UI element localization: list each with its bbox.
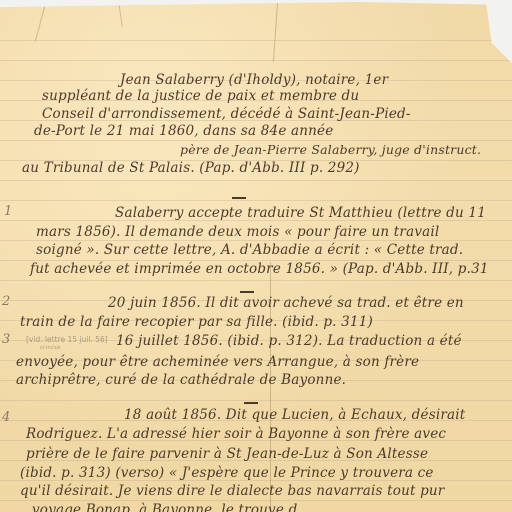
text-line: 18 août 1856. Dit que Lucien, à Echaux, … xyxy=(124,407,465,423)
document-page: Jean Salaberry (d'Iholdy), notaire, 1er … xyxy=(0,2,512,512)
section-separator xyxy=(244,402,258,404)
pencil-annotation-sub: ci-inclus xyxy=(40,345,60,351)
text-line: qu'il désirait. Je viens dire le dialect… xyxy=(20,483,444,499)
text-line: 16 juillet 1856. (ibid. p. 312). La trad… xyxy=(116,333,462,349)
pencil-annotation: [vid. lettre 15 juil. 56] xyxy=(26,335,108,344)
text-line: ... voyage Bonap. à Bayonne, le trouve d… xyxy=(14,502,311,512)
text-line: fut achevée et imprimée en octobre 1856.… xyxy=(30,261,489,277)
text-line: Jean Salaberry (d'Iholdy), notaire, 1er xyxy=(120,72,388,88)
margin-number: 2 xyxy=(2,294,10,309)
text-line: au Tribunal de St Palais. (Pap. d'Abb. I… xyxy=(22,160,360,176)
text-line: père de Jean-Pierre Salaberry, juge d'in… xyxy=(180,142,481,157)
section-separator xyxy=(240,291,254,293)
text-line: Rodriguez. L'a adressé hier soir à Bayon… xyxy=(26,426,446,442)
margin-number: 4 xyxy=(2,410,10,425)
text-line: (ibid. p. 313) (verso) « J'espère que le… xyxy=(20,465,434,481)
margin-number: 1 xyxy=(4,204,12,219)
text-line: train de la faire recopier par sa fille.… xyxy=(20,314,373,330)
text-line: 20 juin 1856. Il dit avoir achevé sa tra… xyxy=(108,295,464,311)
paper-crease xyxy=(273,2,278,62)
text-line: mars 1856). Il demande deux mois « pour … xyxy=(36,224,439,240)
text-line: prière de le faire parvenir à St Jean-de… xyxy=(26,446,428,462)
text-line: soigné ». Sur cette lettre, A. d'Abbadie… xyxy=(36,242,463,258)
text-line: envoyée, pour être acheminée vers Arrang… xyxy=(16,354,419,370)
text-line: Conseil d'arrondissement, décédé à Saint… xyxy=(42,106,411,122)
paper-crease xyxy=(35,3,46,42)
text-line: Salaberry accepte traduire St Matthieu (… xyxy=(115,205,486,221)
margin-number: 3 xyxy=(2,332,10,347)
text-line: suppléant de la justice de paix et membr… xyxy=(42,88,359,104)
text-line: de-Port le 21 mai 1860, dans sa 84e anné… xyxy=(34,123,333,139)
text-line: archiprêtre, curé de la cathédrale de Ba… xyxy=(16,372,346,388)
paper-crease xyxy=(118,2,122,27)
section-separator xyxy=(232,197,246,199)
